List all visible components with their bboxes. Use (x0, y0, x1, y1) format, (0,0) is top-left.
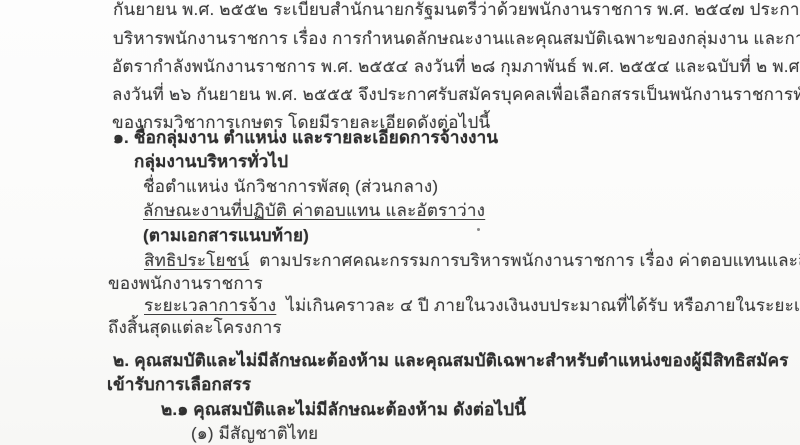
section2-item-1: (๑) มีสัญชาติไทย (191, 422, 318, 445)
section1-benefits-line: สิทธิประโยชน์ตามประกาศคณะกรรมการบริหารพน… (144, 249, 800, 273)
scan-artifact-dot (477, 228, 480, 231)
duration-label: ระยะเวลาการจ้าง (144, 296, 276, 315)
section2-heading-line1: ๒. คุณสมบัติและไม่มีลักษณะต้องห้าม และคุ… (113, 349, 789, 373)
section1-heading: ๑. ชื่อกลุ่มงาน ตำแหน่ง และรายละเอียดการ… (113, 126, 498, 150)
intro-line-3: อัตรากำลังพนักงานราชการ พ.ศ. ๒๕๕๔ ลงวันท… (112, 55, 800, 79)
section1-position-line: ชื่อตำแหน่ง นักวิชาการพัสดุ (ส่วนกลาง) (143, 175, 438, 199)
section1-duties-underlined: ลักษณะงานที่ปฏิบัติ ค่าตอบแทน และอัตราว่… (143, 199, 485, 223)
intro-line-4: ลงวันที่ ๒๖ กันยายน พ.ศ. ๒๕๕๕ จึงประกาศร… (112, 83, 800, 107)
section2-sub-heading: ๒.๑ คุณสมบัติและไม่มีลักษณะต้องห้าม ดังต… (161, 398, 526, 422)
scanned-document-page: กันยายน พ.ศ. ๒๕๕๒ ระเบียบสำนักนายกรัฐมนต… (0, 0, 800, 445)
section1-group-name: กลุ่มงานบริหารทั่วไป (134, 150, 288, 174)
benefits-text: ตามประกาศคณะกรรมการบริหารพนักงานราชการ เ… (259, 251, 800, 270)
duration-text: ไม่เกินคราวละ ๔ ปี ภายในวงเงินงบประมาณที… (286, 296, 800, 315)
intro-line-1: กันยายน พ.ศ. ๒๕๕๒ ระเบียบสำนักนายกรัฐมนต… (113, 0, 800, 22)
benefits-label: สิทธิประโยชน์ (144, 251, 249, 270)
section1-duration-line: ระยะเวลาการจ้างไม่เกินคราวละ ๔ ปี ภายในว… (144, 294, 800, 318)
section1-attachment-note: (ตามเอกสารแนบท้าย) (143, 224, 309, 248)
section1-benefits-continuation: ของพนักงานราชการ (108, 272, 263, 296)
section1-duration-continuation: ถึงสิ้นสุดแต่ละโครงการ (108, 316, 282, 340)
intro-line-2: บริหารพนักงานราชการ เรื่อง การกำหนดลักษณ… (113, 27, 800, 51)
section2-heading-line2: เข้ารับการเลือกสรร (107, 373, 251, 397)
